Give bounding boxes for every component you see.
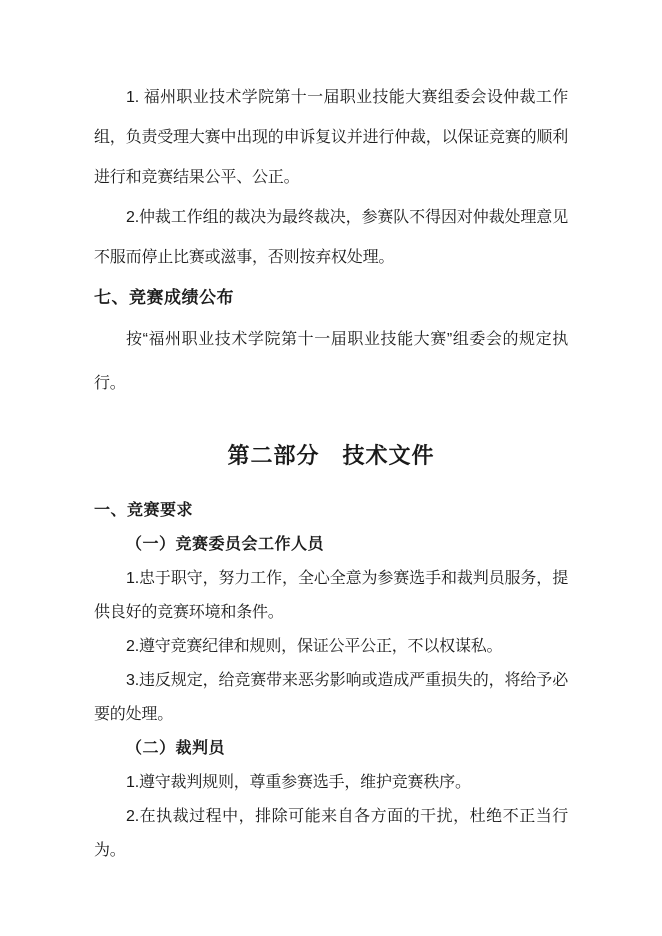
- committee-item-1: 1.忠于职守，努力工作，全心全意为参赛选手和裁判员服务，提供良好的竞赛环境和条件…: [94, 562, 568, 630]
- document-page: 1. 福州职业技术学院第十一届职业技能大赛组委会设仲裁工作组，负责受理大赛中出现…: [0, 0, 662, 936]
- heading-score-publication: 七、竞赛成绩公布: [94, 278, 568, 318]
- part-title: 第二部分 技术文件: [94, 436, 568, 476]
- subheading-committee-staff: （一）竞赛委员会工作人员: [94, 528, 568, 562]
- committee-item-3: 3.违反规定，给竞赛带来恶劣影响或造成严重损失的，将给予必要的处理。: [94, 664, 568, 732]
- heading-competition-requirements: 一、竞赛要求: [94, 494, 568, 528]
- document-content: 1. 福州职业技术学院第十一届职业技能大赛组委会设仲裁工作组，负责受理大赛中出现…: [0, 0, 662, 868]
- section-competition-requirements: 一、竞赛要求 （一）竞赛委员会工作人员 1.忠于职守，努力工作，全心全意为参赛选…: [94, 494, 568, 868]
- subheading-referees: （二）裁判员: [94, 732, 568, 766]
- paragraph-score-publication: 按“福州职业技术学院第十一届职业技能大赛”组委会的规定执行。: [94, 318, 568, 406]
- paragraph-arbitration-1: 1. 福州职业技术学院第十一届职业技能大赛组委会设仲裁工作组，负责受理大赛中出现…: [94, 78, 568, 198]
- section-arbitration-and-results: 1. 福州职业技术学院第十一届职业技能大赛组委会设仲裁工作组，负责受理大赛中出现…: [94, 78, 568, 406]
- referee-item-1: 1.遵守裁判规则，尊重参赛选手，维护竞赛秩序。: [94, 766, 568, 800]
- committee-item-2: 2.遵守竞赛纪律和规则，保证公平公正，不以权谋私。: [94, 630, 568, 664]
- paragraph-arbitration-2: 2.仲裁工作组的裁决为最终裁决，参赛队不得因对仲裁处理意见不服而停止比赛或滋事，…: [94, 198, 568, 278]
- referee-item-2: 2.在执裁过程中，排除可能来自各方面的干扰，杜绝不正当行为。: [94, 800, 568, 868]
